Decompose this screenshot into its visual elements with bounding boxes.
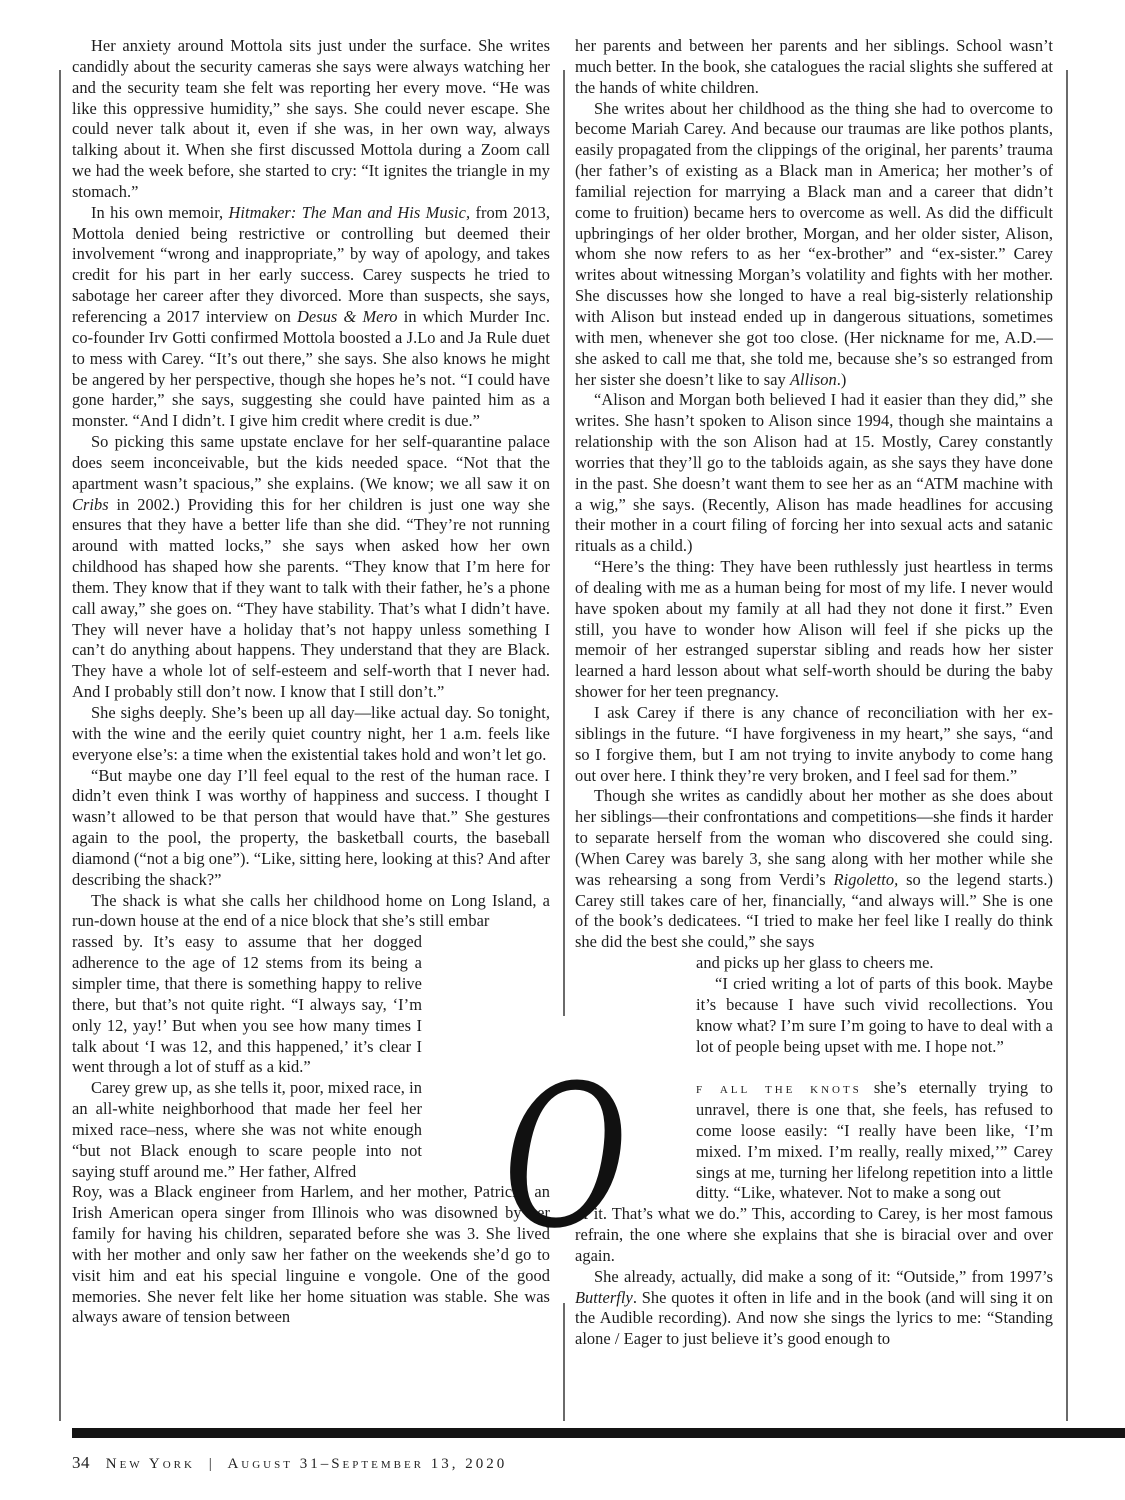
opera-title: Rigoletto, xyxy=(834,870,899,889)
paragraph: “I cried writing a lot of parts of this … xyxy=(696,974,1053,1057)
footer-separator: | xyxy=(209,1456,214,1472)
paragraph: She already, actually, did make a song o… xyxy=(575,1267,1053,1350)
page-footer: 34 New York | August 31–September 13, 20… xyxy=(72,1453,507,1473)
paragraph: She writes about her childhood as the th… xyxy=(575,99,1053,391)
column-divider-rule-lower xyxy=(563,1303,565,1421)
article-column-right: her parents and between her parents and … xyxy=(575,36,1053,1350)
left-margin-rule xyxy=(59,70,61,1421)
issue-date: August 31–September 13, 2020 xyxy=(227,1456,507,1472)
paragraph: So picking this same upstate enclave for… xyxy=(72,432,550,703)
paragraph: Carey grew up, as she tells it, poor, mi… xyxy=(72,1078,422,1182)
paragraph: “Here’s the thing: They have been ruthle… xyxy=(575,557,1053,703)
paragraph: Her anxiety around Mottola sits just und… xyxy=(72,36,550,203)
show-title: Desus & Mero xyxy=(297,307,398,326)
paragraph: “Alison and Morgan both believed I had i… xyxy=(575,390,1053,557)
paragraph-continuation: and picks up her glass to cheers me. xyxy=(696,953,1053,974)
album-title: Butterfly xyxy=(575,1288,633,1307)
right-margin-rule xyxy=(1066,70,1068,1421)
wrap-around-dropcap-right: and picks up her glass to cheers me. “I … xyxy=(696,953,1053,1204)
article-column-left: Her anxiety around Mottola sits just und… xyxy=(72,36,550,1328)
paragraph: I ask Carey if there is any chance of re… xyxy=(575,703,1053,786)
publication-name: New York xyxy=(106,1456,195,1472)
paragraph: Though she writes as candidly about her … xyxy=(575,786,1053,953)
footer-rule-bar xyxy=(72,1428,1125,1438)
paragraph: The shack is what she calls her childhoo… xyxy=(72,891,550,933)
section-opening-paragraph: f all the knots she’s eternally trying t… xyxy=(696,1078,1053,1204)
drop-cap-letter: O xyxy=(503,1078,628,1238)
paragraph: In his own memoir, Hitmaker: The Man and… xyxy=(72,203,550,432)
column-divider-rule xyxy=(563,70,565,1016)
show-title: Cribs xyxy=(72,495,109,514)
paragraph-continuation: rassed by. It’s easy to assume that her … xyxy=(72,932,422,1078)
page-number: 34 xyxy=(72,1453,90,1472)
book-title: Hitmaker: The Man and His Music, xyxy=(229,203,471,222)
paragraph-continuation: Roy, was a Black engineer from Harlem, a… xyxy=(72,1182,550,1328)
paragraph-continuation: of it. That’s what we do.” This, accordi… xyxy=(575,1204,1053,1267)
paragraph: She sighs deeply. She’s been up all day—… xyxy=(72,703,550,766)
name-emphasis: Allison xyxy=(790,370,837,389)
paragraph-continuation: her parents and between her parents and … xyxy=(575,36,1053,99)
lead-in-small-caps: f all the knots xyxy=(696,1080,862,1097)
wrap-around-dropcap-left: rassed by. It’s easy to assume that her … xyxy=(72,932,422,1182)
paragraph: “But maybe one day I’ll feel equal to th… xyxy=(72,766,550,891)
